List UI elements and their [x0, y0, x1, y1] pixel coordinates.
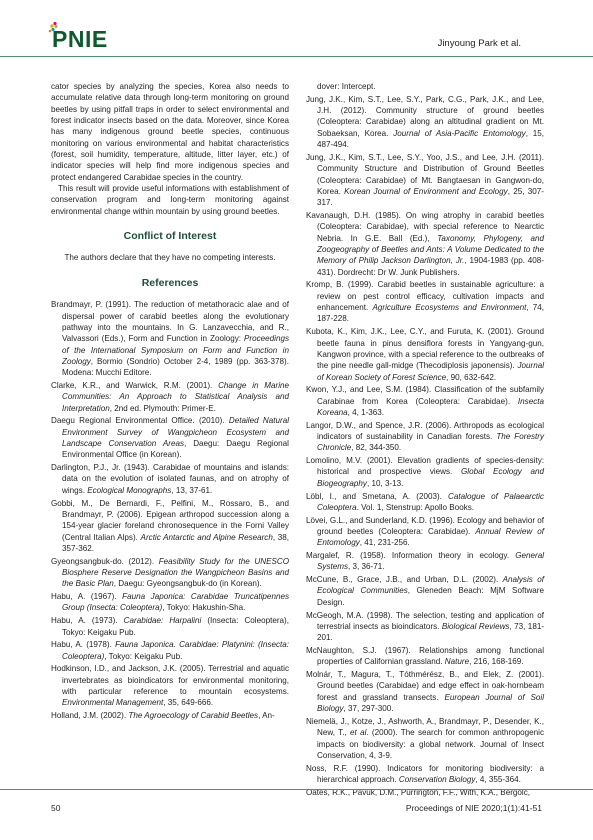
reference-source-title: The Agroecology of Carabid Beetles: [128, 711, 258, 720]
reference-entry: Lövei, G.L., and Sunderland, K.D. (1996)…: [306, 515, 544, 549]
reference-details: dover: Intercept.: [317, 82, 376, 91]
reference-details: , 13, 37-61.: [171, 486, 212, 495]
reference-details: , Tokyo: Hakushin-Sha.: [162, 603, 245, 612]
reference-text: Habu, A. (1973).: [51, 616, 124, 625]
reference-entry: Niemelä, J., Kotze, J., Ashworth, A., Br…: [306, 716, 544, 761]
reference-entry: Habu, A. (1967). Fauna Japonica: Carabid…: [51, 591, 289, 614]
reference-text: Margalef, R. (1958). Information theory …: [306, 551, 515, 560]
reference-details: , 90, 632-642.: [446, 373, 496, 382]
reference-entry: Clarke, K.R., and Warwick, R.M. (2001). …: [51, 380, 289, 414]
reference-list-left: Brandmayr, P. (1991). The reduction of m…: [51, 299, 289, 721]
reference-entry: Margalef, R. (1958). Information theory …: [306, 550, 544, 573]
reference-entry: McGeogh, M.A. (1998). The selection, tes…: [306, 610, 544, 644]
reference-text: Hodkinson, I.D., and Jackson, J.K. (2005…: [51, 664, 289, 696]
reference-source-title: Environmental Management: [62, 698, 163, 707]
reference-text: Kwon, Y.J., and Lee, S.M. (1984). Classi…: [306, 385, 544, 405]
reference-details: , Tokyo: Keigaku Pub.: [104, 652, 182, 661]
reference-details: , 3, 36-71.: [348, 562, 384, 571]
references-heading: References: [51, 278, 289, 289]
body-paragraph: cator species by analyzing the species, …: [51, 81, 289, 183]
logo-flower-icon: [48, 21, 60, 35]
reference-entry: McCune, B., Grace, J.B., and Urban, D.L.…: [306, 574, 544, 608]
reference-details: , Daegu: Gyeongsangbuk-do (in Korean).: [114, 579, 262, 588]
reference-text: Kubota, K., Kim, J.K., Lee, C.Y., and Fu…: [306, 327, 544, 370]
reference-source-title: Nature: [445, 657, 469, 666]
reference-text: Löbl, I., and Smetana, A. (2003).: [306, 492, 448, 501]
reference-details: , 82, 344-350.: [351, 443, 401, 452]
reference-text: Holland, J.M. (2002).: [51, 711, 128, 720]
reference-entry: Löbl, I., and Smetana, A. (2003). Catalo…: [306, 491, 544, 514]
reference-entry: Darlington, P.J., Jr. (1943). Carabidae …: [51, 462, 289, 496]
reference-entry: Noss, R.F. (1990). Indicators for monito…: [306, 763, 544, 786]
reference-entry: Gyeongsangbuk-do. (2012). Feasibility St…: [51, 556, 289, 590]
reference-entry: dover: Intercept.: [306, 81, 544, 92]
reference-text: Habu, A. (1967).: [51, 592, 122, 601]
reference-entry: Habu, A. (1978). Fauna Japonica. Carabid…: [51, 639, 289, 662]
reference-details: , 4, 355-364.: [475, 775, 520, 784]
body-paragraph: This result will provide useful informat…: [51, 183, 289, 217]
reference-details: , 4, 1-363.: [348, 408, 384, 417]
reference-entry: Habu, A. (1973). Carabidae: Harpalini (I…: [51, 615, 289, 638]
reference-source-title: Agriculture Ecosystems and Environment: [373, 303, 527, 312]
reference-source-title: Conservation Biology: [399, 775, 475, 784]
running-head-authors: Jinyoung Park et al.: [438, 38, 521, 49]
reference-source-title: Carabidae: Harpalini: [124, 616, 202, 625]
reference-entry: Kubota, K., Kim, J.K., Lee, C.Y., and Fu…: [306, 326, 544, 383]
reference-source-title: Ecological Monographs: [87, 486, 171, 495]
conflict-of-interest-text: The authors declare that they have no co…: [51, 252, 289, 263]
reference-details: , 10, 3-13.: [367, 479, 403, 488]
reference-entry: Langor, D.W., and Spence, J.R. (2006). A…: [306, 420, 544, 454]
reference-text: Daegu Regional Environmental Office. (20…: [51, 416, 229, 425]
reference-list-right: dover: Intercept.Jung, J.K., Kim, S.T., …: [306, 81, 544, 798]
reference-entry: Holland, J.M. (2002). The Agroecology of…: [51, 710, 289, 721]
reference-source-title: Arctic Antarctic and Alpine Research: [141, 533, 273, 542]
reference-details: , 35, 649-666.: [163, 698, 213, 707]
reference-details: , 41, 231-256.: [360, 538, 410, 547]
header-rule: [0, 56, 593, 57]
reference-entry: Jung, J.K., Kim, S.T., Lee, S.Y., Yoo, J…: [306, 152, 544, 209]
reference-source-title: Korean Journal of Environment and Ecolog…: [344, 187, 508, 196]
reference-details: , Bormio (Sondrio) October 2-4, 1989 (pp…: [62, 357, 289, 377]
reference-text: McCune, B., Grace, J.B., and Urban, D.L.…: [306, 575, 503, 584]
reference-source-title: Journal of Asia-Pacific Entomology: [393, 129, 525, 138]
conflict-of-interest-heading: Conflict of Interest: [51, 231, 289, 242]
reference-details: . Vol. 1, Stenstrup: Apollo Books.: [357, 503, 474, 512]
page-header: PNIE Jinyoung Park et al.: [0, 0, 593, 57]
reference-entry: Kavanaugh, D.H. (1985). On wing atrophy …: [306, 210, 544, 278]
reference-text: Gyeongsangbuk-do. (2012).: [51, 557, 159, 566]
reference-entry: Kwon, Y.J., and Lee, S.M. (1984). Classi…: [306, 384, 544, 418]
reference-entry: Brandmayr, P. (1991). The reduction of m…: [51, 299, 289, 378]
reference-source-title: Biological Reviews: [442, 622, 510, 631]
reference-details: , 37, 297-300.: [344, 704, 394, 713]
reference-text: Habu, A. (1978).: [51, 640, 115, 649]
reference-entry: Daegu Regional Environmental Office. (20…: [51, 415, 289, 460]
reference-details: , An-: [258, 711, 275, 720]
reference-entry: McNaughton, S.J. (1967). Relationships a…: [306, 645, 544, 668]
reference-details: , 2nd ed. Plymouth: Primer-E.: [110, 404, 216, 413]
reference-entry: Lomolino, M.V. (2001). Elevation gradien…: [306, 455, 544, 489]
reference-entry: Molnár, T., Magura, T., Tóthmérész, B., …: [306, 669, 544, 714]
journal-citation: Proceedings of NIE 2020;1(1):41-51: [406, 803, 542, 813]
footer-rule: [0, 789, 593, 790]
reference-entry: Jung, J.K., Kim, S.T., Lee, S.Y., Park, …: [306, 94, 544, 151]
reference-entry: Gobbi, M., De Bernardi, F., Pelfini, M.,…: [51, 498, 289, 555]
right-column: dover: Intercept.Jung, J.K., Kim, S.T., …: [306, 81, 544, 799]
reference-text: Clarke, K.R., and Warwick, R.M. (2001).: [51, 381, 218, 390]
left-column: cator species by analyzing the species, …: [51, 81, 289, 723]
journal-logo: PNIE: [50, 26, 108, 52]
reference-entry: Hodkinson, I.D., and Jackson, J.K. (2005…: [51, 663, 289, 708]
page-number: 50: [51, 803, 60, 813]
reference-source-title: et al: [350, 728, 366, 737]
reference-entry: Kromp, B. (1999). Carabid beetles in sus…: [306, 279, 544, 324]
reference-details: , 216, 168-169.: [469, 657, 523, 666]
